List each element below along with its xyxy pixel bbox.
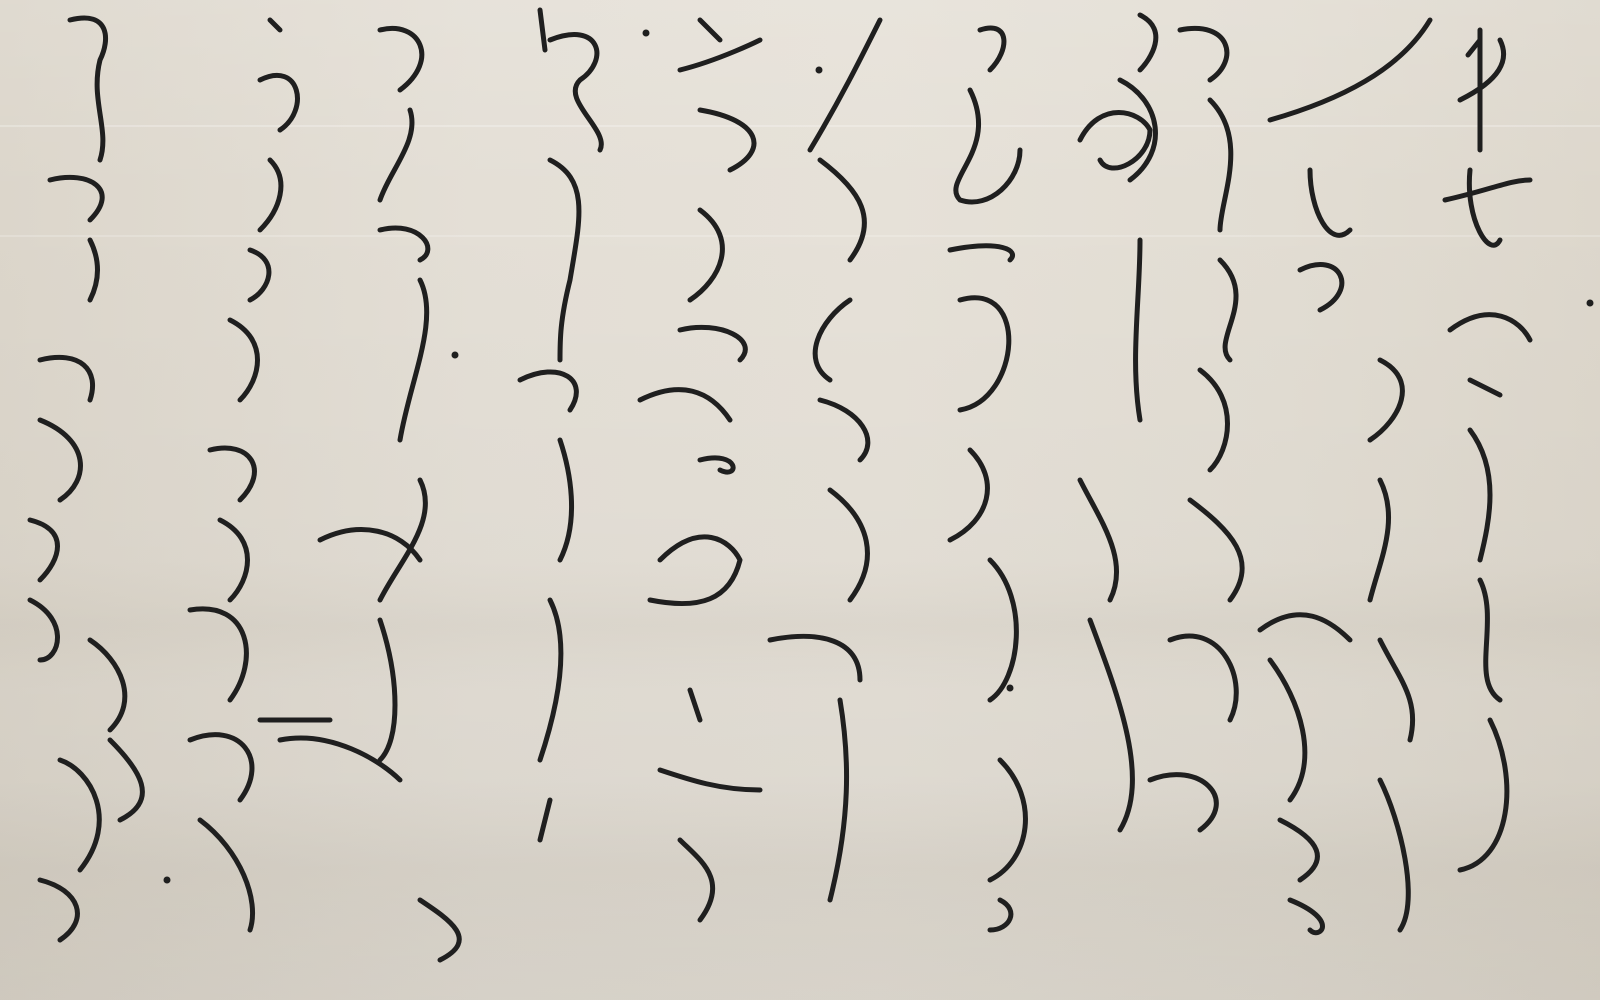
brush-stroke	[260, 28, 459, 960]
brush-stroke	[30, 18, 142, 940]
kana-column-11	[190, 20, 297, 930]
kana-column-10	[260, 28, 459, 960]
kana-column-12	[30, 18, 142, 940]
ink-dot	[164, 877, 171, 884]
ink-brushwork	[0, 0, 1600, 1000]
kana-column-9	[520, 10, 601, 840]
brush-stroke	[640, 20, 760, 920]
ink-dot	[1587, 300, 1594, 307]
kana-column-4	[1150, 28, 1242, 830]
brush-stroke	[950, 28, 1025, 930]
brush-stroke	[770, 20, 880, 900]
ink-dot	[643, 30, 650, 37]
kana-column-5	[1080, 15, 1156, 830]
ink-dot	[816, 67, 823, 74]
ink-dot	[1007, 685, 1014, 692]
kana-column-1	[1445, 30, 1530, 870]
kana-column-3	[1260, 615, 1350, 933]
brush-stroke	[520, 10, 601, 840]
brush-stroke	[190, 20, 297, 930]
brush-stroke	[1260, 615, 1350, 933]
calligraphy-scroll	[0, 0, 1600, 1000]
ink-dot	[452, 352, 459, 359]
kana-column-6	[950, 28, 1025, 930]
brush-stroke	[1150, 28, 1242, 830]
kana-column-7	[770, 20, 880, 900]
brush-stroke	[1080, 15, 1156, 830]
kana-column-8	[640, 20, 760, 920]
brush-stroke	[1445, 30, 1530, 870]
